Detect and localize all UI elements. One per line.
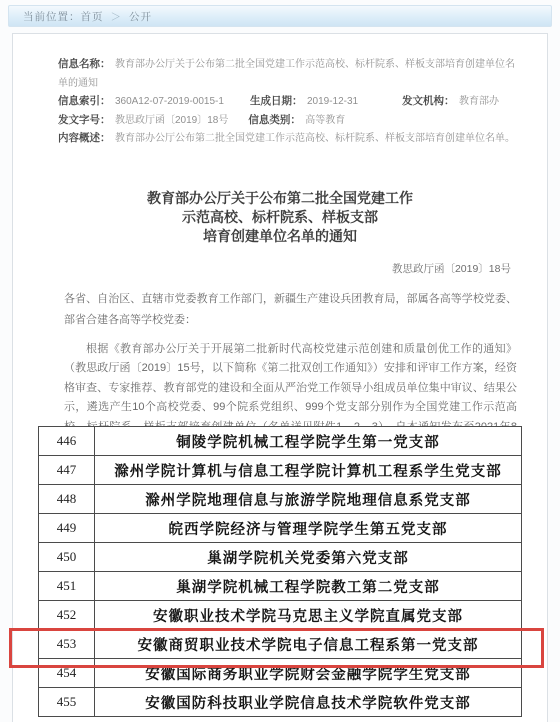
org-name-cell: 巢湖学院机关党委第六党支部	[95, 543, 522, 572]
meta-field-index: 信息索引： 360A12-07-2019-0015-1	[58, 92, 230, 111]
row-number-cell: 453	[39, 630, 95, 659]
org-name-cell: 皖西学院经济与管理学院学生第五党支部	[95, 514, 522, 543]
row-number-cell: 450	[39, 543, 95, 572]
meta-field-summary: 内容概述： 教育部办公厅公布第二批全国党建工作示范高校、标杆院系、样板支部培育创…	[58, 129, 515, 148]
meta-row: 内容概述： 教育部办公厅公布第二批全国党建工作示范高校、标杆院系、样板支部培育创…	[58, 129, 519, 148]
meta-label: 信息索引：	[58, 95, 111, 107]
breadcrumb-separator-icon: ＞	[111, 9, 123, 24]
org-name-cell: 安徽国际商务职业学院财会金融学院学生党支部	[95, 659, 522, 688]
title-line: 教育部办公厅关于公布第二批全国党建工作	[13, 189, 547, 208]
meta-label: 生成日期：	[250, 95, 303, 107]
page-title: 教育部办公厅关于公布第二批全国党建工作 示范高校、标杆院系、样板支部 培育创建单…	[13, 189, 547, 246]
meta-value: 360A12-07-2019-0015-1	[115, 96, 224, 107]
meta-label: 内容概述：	[58, 132, 111, 144]
table-row-highlighted: 453 安徽商贸职业技术学院电子信息工程系第一党支部	[39, 630, 522, 659]
row-number-cell: 448	[39, 485, 95, 514]
table-row: 450 巢湖学院机关党委第六党支部	[39, 543, 522, 572]
title-line: 示范高校、标杆院系、样板支部	[13, 208, 547, 227]
meta-section: 信息名称： 教育部办公厅关于公布第二批全国党建工作示范高校、标杆院系、样板支部培…	[58, 55, 519, 148]
breadcrumb: 当前位置： 首页 ＞ 公开	[8, 5, 552, 27]
doc-number: 教思政厅函〔2019〕18号	[13, 261, 511, 276]
table-row: 447 滁州学院计算机与信息工程学院计算机工程系学生党支部	[39, 456, 522, 485]
org-name-cell: 滁州学院地理信息与旅游学院地理信息系党支部	[95, 485, 522, 514]
meta-row: 发文字号： 教思政厅函〔2019〕18号 信息类别： 高等教育	[58, 111, 519, 130]
meta-value: 教育部办公厅	[459, 96, 499, 107]
breadcrumb-label: 当前位置：	[23, 9, 81, 24]
page: 当前位置： 首页 ＞ 公开 信息名称： 教育部办公厅关于公布第二批全国党建工作示…	[0, 0, 560, 722]
row-number-cell: 447	[39, 456, 95, 485]
table-row: 455 安徽国防科技职业学院信息技术学院软件党支部	[39, 688, 522, 717]
breadcrumb-current-link[interactable]: 公开	[129, 9, 152, 24]
org-name-cell: 安徽国防科技职业学院信息技术学院软件党支部	[95, 688, 522, 717]
org-name-cell: 巢湖学院机械工程学院教工第二党支部	[95, 572, 522, 601]
row-number-cell: 451	[39, 572, 95, 601]
table-row: 446 铜陵学院机械工程学院学生第一党支部	[39, 427, 522, 456]
meta-field-doc-number: 发文字号： 教思政厅函〔2019〕18号	[58, 111, 228, 130]
row-number-cell: 446	[39, 427, 95, 456]
row-number-cell: 449	[39, 514, 95, 543]
meta-field-agency: 发文机构： 教育部办公厅	[402, 92, 499, 111]
meta-value: 教思政厅函〔2019〕18号	[115, 115, 228, 126]
meta-label: 信息类别：	[248, 114, 301, 126]
org-name-cell: 铜陵学院机械工程学院学生第一党支部	[95, 427, 522, 456]
title-line: 培育创建单位名单的通知	[13, 227, 547, 246]
meta-label: 发文机构：	[402, 95, 455, 107]
meta-label: 发文字号：	[58, 114, 111, 126]
salutation-paragraph: 各省、自治区、直辖市党委教育工作部门，新疆生产建设兵团教育局，部属各高等学校党委…	[64, 289, 517, 331]
meta-value: 2019-12-31	[307, 96, 358, 107]
meta-label: 信息名称：	[58, 58, 111, 70]
meta-value: 教育部办公厅关于公布第二批全国党建工作示范高校、标杆院系、样板支部培育创建单位名…	[58, 59, 515, 89]
org-name-cell: 安徽商贸职业技术学院电子信息工程系第一党支部	[95, 630, 522, 659]
meta-field-category: 信息类别： 高等教育	[248, 111, 345, 130]
table-row: 452 安徽职业技术学院马克思主义学院直属党支部	[39, 601, 522, 630]
table-row: 448 滁州学院地理信息与旅游学院地理信息系党支部	[39, 485, 522, 514]
row-number-cell: 454	[39, 659, 95, 688]
table-row: 451 巢湖学院机械工程学院教工第二党支部	[39, 572, 522, 601]
meta-row: 信息索引： 360A12-07-2019-0015-1 生成日期： 2019-1…	[58, 92, 519, 111]
attachment-table: 446 铜陵学院机械工程学院学生第一党支部 447 滁州学院计算机与信息工程学院…	[38, 426, 522, 717]
content-panel: 信息名称： 教育部办公厅关于公布第二批全国党建工作示范高校、标杆院系、样板支部培…	[12, 33, 548, 722]
table-row: 454 安徽国际商务职业学院财会金融学院学生党支部	[39, 659, 522, 688]
org-name-cell: 滁州学院计算机与信息工程学院计算机工程系学生党支部	[95, 456, 522, 485]
row-number-cell: 452	[39, 601, 95, 630]
meta-row: 信息名称： 教育部办公厅关于公布第二批全国党建工作示范高校、标杆院系、样板支部培…	[58, 55, 519, 92]
breadcrumb-home-link[interactable]: 首页	[81, 9, 104, 24]
row-number-cell: 455	[39, 688, 95, 717]
meta-value: 高等教育	[305, 115, 345, 126]
table-row: 449 皖西学院经济与管理学院学生第五党支部	[39, 514, 522, 543]
meta-field-date: 生成日期： 2019-12-31	[250, 92, 382, 111]
meta-field-info-name: 信息名称： 教育部办公厅关于公布第二批全国党建工作示范高校、标杆院系、样板支部培…	[58, 55, 519, 92]
meta-value: 教育部办公厅公布第二批全国党建工作示范高校、标杆院系、样板支部培育创建单位名单。	[115, 133, 515, 144]
org-name-cell: 安徽职业技术学院马克思主义学院直属党支部	[95, 601, 522, 630]
